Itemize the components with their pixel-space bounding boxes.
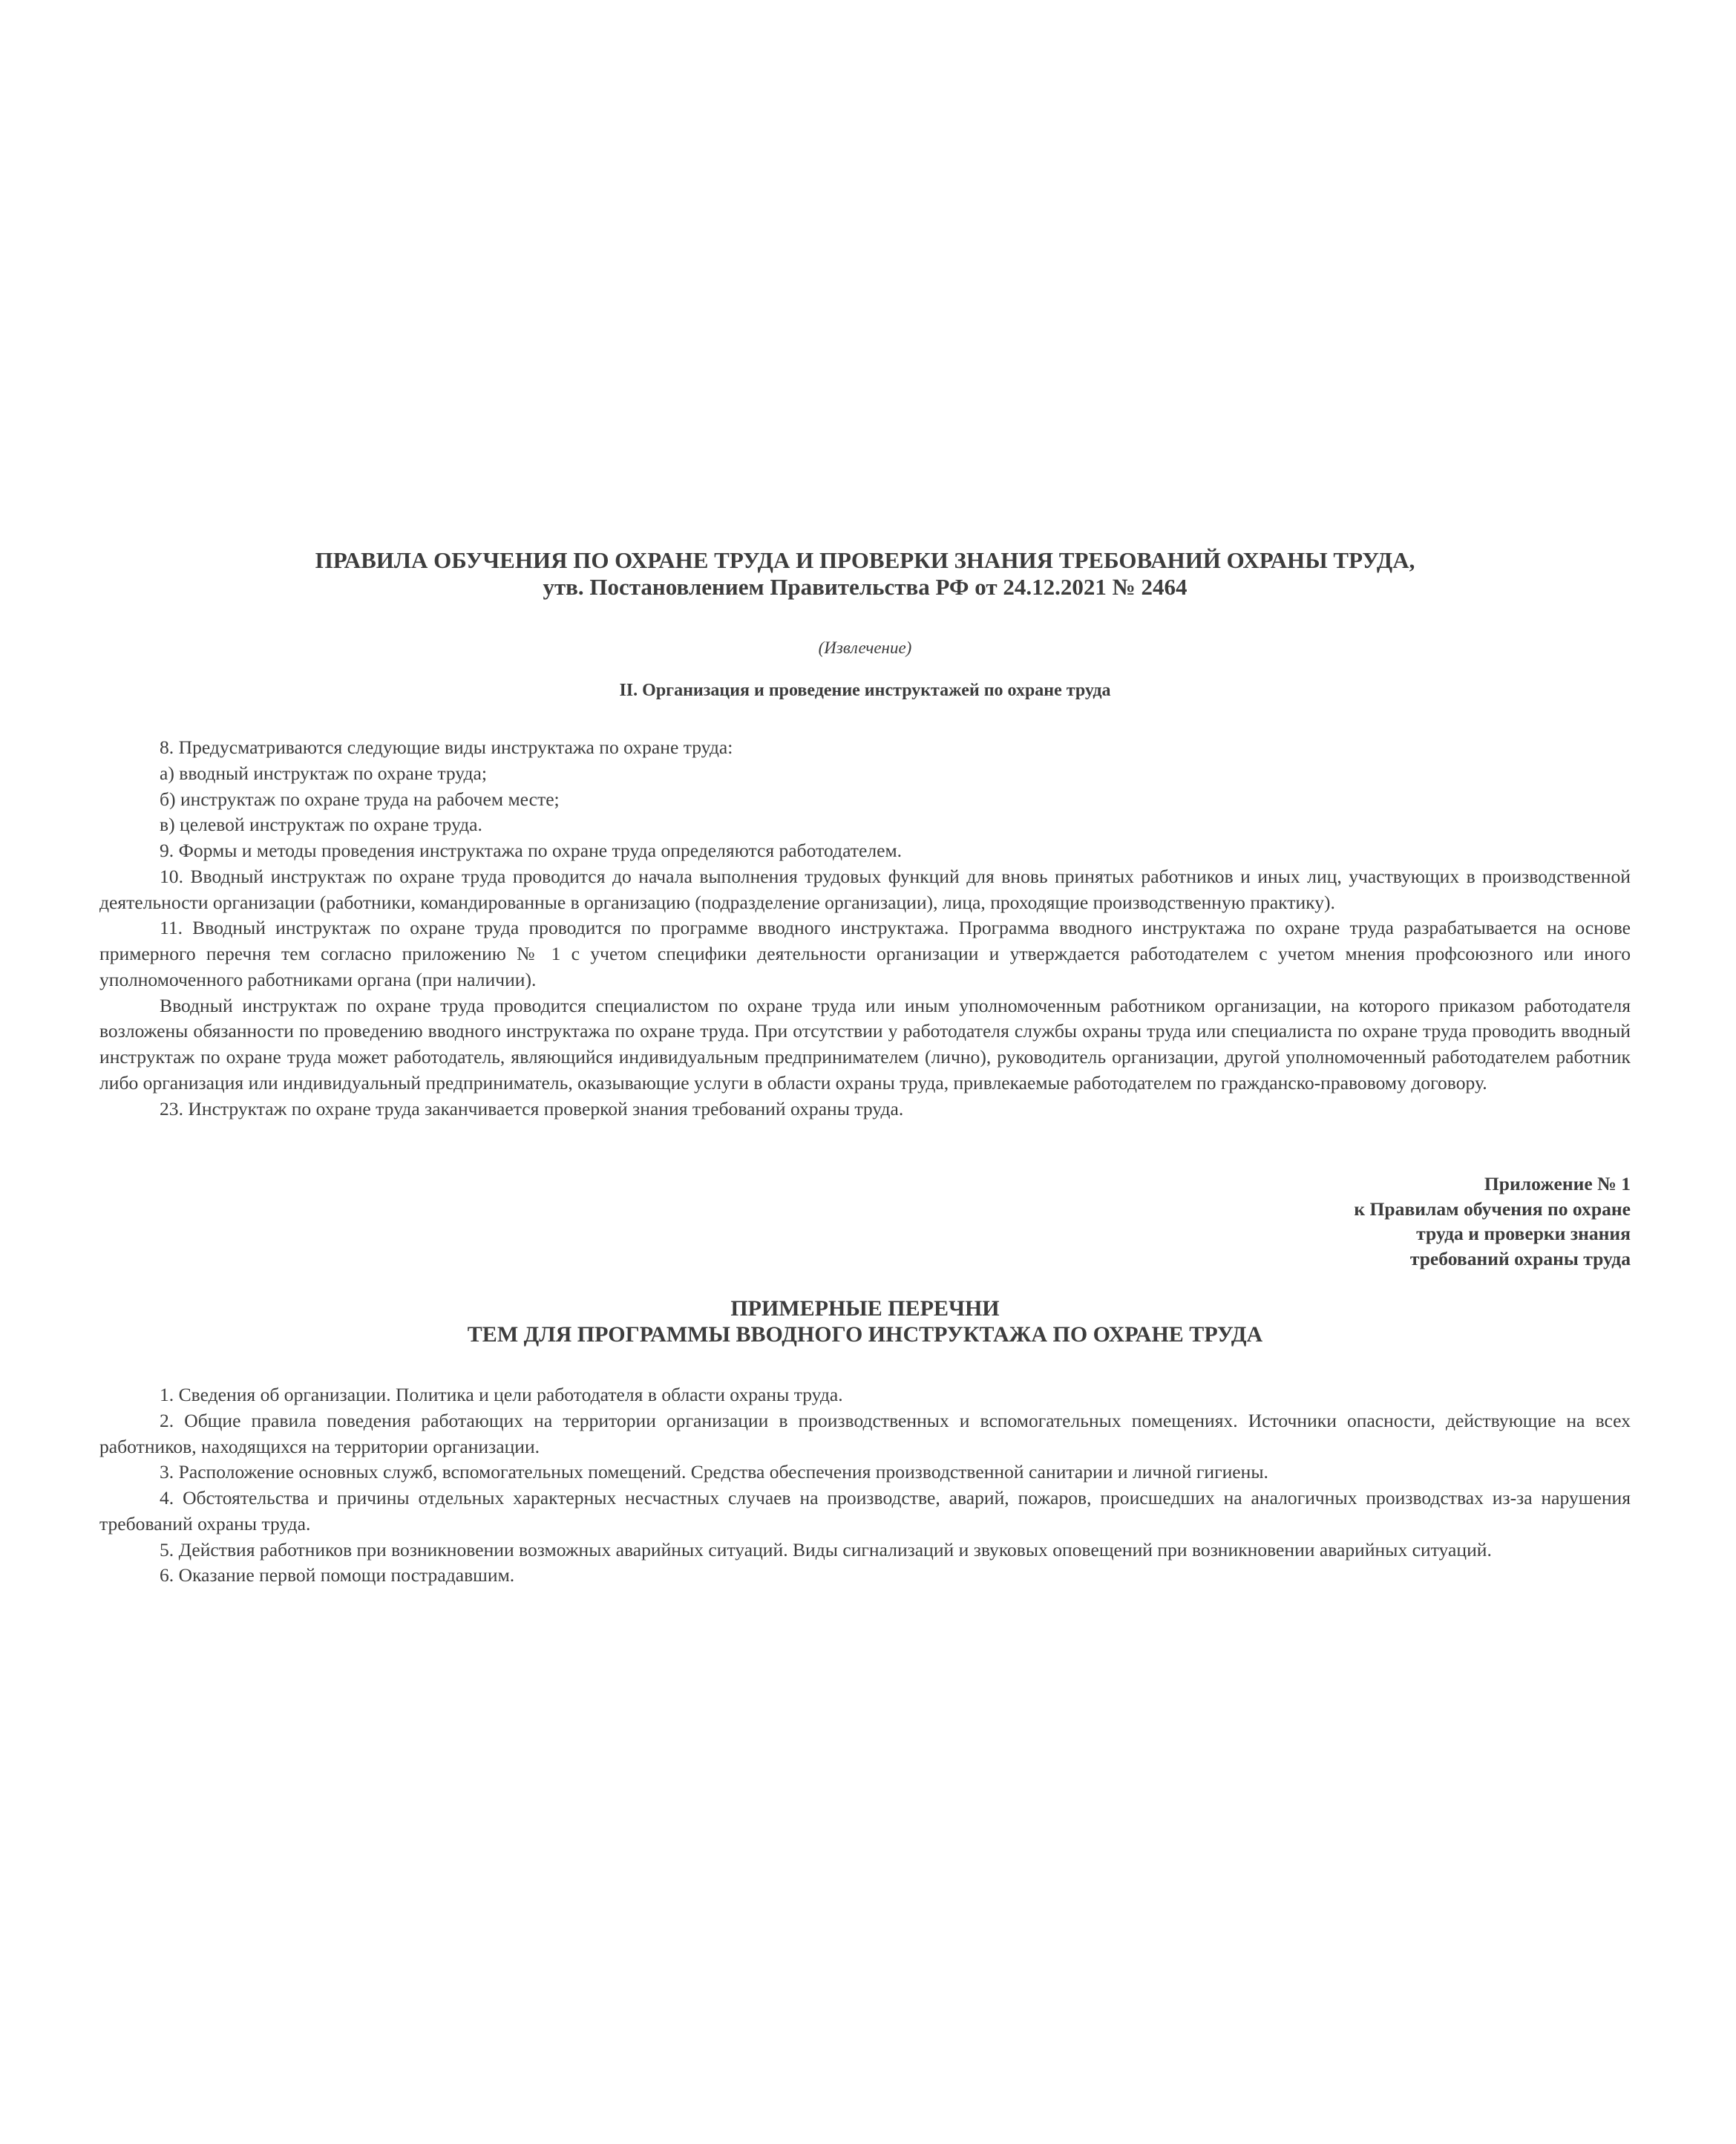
topic-item: 2. Общие правила поведения работающих на… [99,1408,1631,1460]
section-body: 8. Предусматриваются следующие виды инст… [99,735,1631,1122]
appendix-reference-line-3: труда и проверки знания [1354,1221,1631,1246]
appendix-reference-line-4: требований охраны труда [1354,1246,1631,1272]
paragraph-10: 10. Вводный инструктаж по охране труда п… [99,864,1631,916]
document-title-line-2: утв. Постановлением Правительства РФ от … [99,574,1631,601]
paragraph-9: 9. Формы и методы проведения инструктажа… [99,838,1631,864]
paragraph-8b: б) инструктаж по охране труда на рабочем… [99,787,1631,813]
paragraph-8a: а) вводный инструктаж по охране труда; [99,761,1631,787]
topic-item: 1. Сведения об организации. Политика и ц… [99,1382,1631,1408]
paragraph-11-continued: Вводный инструктаж по охране труда прово… [99,993,1631,1096]
paragraph-8v: в) целевой инструктаж по охране труда. [99,812,1631,838]
document-title: ПРАВИЛА ОБУЧЕНИЯ ПО ОХРАНЕ ТРУДА И ПРОВЕ… [99,547,1631,601]
topics-list-title-line-1: ПРИМЕРНЫЕ ПЕРЕЧНИ [99,1295,1631,1321]
topics-list-title-line-2: ТЕМ ДЛЯ ПРОГРАММЫ ВВОДНОГО ИНСТРУКТАЖА П… [99,1321,1631,1347]
paragraph-23: 23. Инструктаж по охране труда заканчива… [99,1096,1631,1122]
appendix-reference: Приложение № 1 к Правилам обучения по ох… [1354,1171,1631,1271]
section-heading: II. Организация и проведение инструктаже… [99,678,1631,703]
topic-item: 3. Расположение основных служб, вспомога… [99,1460,1631,1486]
document-title-line-1: ПРАВИЛА ОБУЧЕНИЯ ПО ОХРАНЕ ТРУДА И ПРОВЕ… [99,547,1631,574]
extract-note: (Извлечение) [99,635,1631,661]
paragraph-11: 11. Вводный инструктаж по охране труда п… [99,915,1631,993]
appendix-reference-line-2: к Правилам обучения по охране [1354,1197,1631,1222]
topic-item: 4. Обстоятельства и причины отдельных ха… [99,1486,1631,1537]
topic-item: 6. Оказание первой помощи пострадавшим. [99,1563,1631,1589]
topics-list-title: ПРИМЕРНЫЕ ПЕРЕЧНИ ТЕМ ДЛЯ ПРОГРАММЫ ВВОД… [99,1295,1631,1347]
paragraph-8: 8. Предусматриваются следующие виды инст… [99,735,1631,761]
appendix-reference-line-1: Приложение № 1 [1354,1171,1631,1197]
topics-list: 1. Сведения об организации. Политика и ц… [99,1382,1631,1589]
topic-item: 5. Действия работников при возникновении… [99,1537,1631,1563]
